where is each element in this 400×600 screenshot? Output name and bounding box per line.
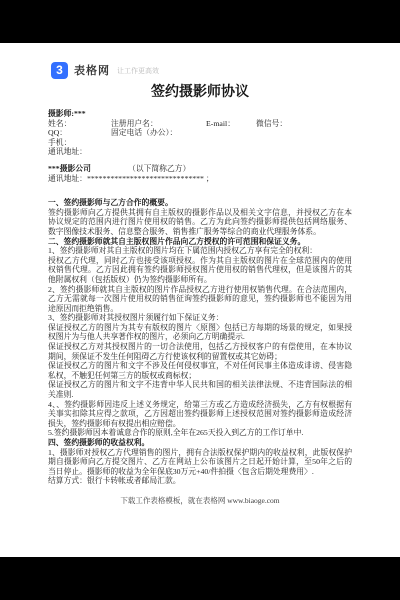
brand-tagline: 让工作更高效 xyxy=(117,66,159,76)
party-b-heading-row: ***摄影公司 （以下简称乙方） xyxy=(48,164,352,174)
section1-heading: 一、签约摄影师与乙方合作的概要。 xyxy=(48,198,352,208)
field-address: 通讯地址： xyxy=(48,147,352,157)
spacer xyxy=(48,157,352,164)
field-email: E-mail： xyxy=(206,119,256,129)
section2-p3: 2、签约摄影师就其自主版权的图片作品授权乙方进行使用权销售代理。在合法范围内，乙… xyxy=(48,285,352,314)
document-body: 摄影师:*** 姓名： 注册用户名： E-mail： 微信号： QQ： 固定电话… xyxy=(48,109,352,506)
section2-heading: 二、签约摄影师就其自主版权图片作品向乙方授权的许可范围和保证义务。 xyxy=(48,237,352,247)
section2-p8: 保证授权乙方的图片和文字不违背中华人民共和国的相关法律法规、不违背国际法的相关准… xyxy=(48,380,352,399)
field-mobile: 手机： xyxy=(48,138,352,148)
section4-p1: 1、摄影师对授权乙方代理销售的图片，拥有合法版权保护期内的收益权利，此版权保护期… xyxy=(48,448,352,477)
section1-body: 签约摄影师向乙方提供其拥有自主版权的摄影作品以及相关文字信息，并授权乙方在本协议… xyxy=(48,208,352,237)
section2-p7: 保证授权乙方的图片和文字不涉及任何侵权事宜，不对任何民事主体造成诽谤、侵害隐私权… xyxy=(48,361,352,380)
section2-p10: 5.签约摄影师因本着诚意合作的原则,全年在265天投入到乙方的工作订单中. xyxy=(48,428,352,438)
brand-name: 表格网 xyxy=(74,62,110,78)
party-b-name: ***摄影公司 xyxy=(48,164,128,174)
party-a-heading: 摄影师:*** xyxy=(48,109,352,119)
page-footer: 下载工作表格模板，就在表格网 www.biaoge.com xyxy=(48,496,352,506)
party-b-address: 通讯地址：****************************** ； xyxy=(48,174,352,184)
document-title: 签约摄影师协议 xyxy=(48,84,352,102)
field-office-phone: 固定电话（办公）： xyxy=(111,128,177,138)
field-wechat: 微信号： xyxy=(256,119,287,129)
section2-p9: 4、、签约摄影师因违反上述义务规定，给第三方或乙方造成经济损失，乙方有权根据有关… xyxy=(48,400,352,429)
section2-p4: 3、签约摄影师对其授权图片须履行如下保证义务： xyxy=(48,313,352,323)
section2-p5: 保证授权乙方的图片为其专有版权的图片〈原图〉包括已方每期的场景的规定，如果授权图… xyxy=(48,323,352,342)
screenshot-root: 3 表格网 让工作更高效 签约摄影师协议 摄影师:*** 姓名： 注册用户名： … xyxy=(0,0,400,600)
field-registered-user: 注册用户名： xyxy=(111,119,206,129)
section4-p2: 结算方式：银行卡转帐或者邮局汇款。 xyxy=(48,476,352,486)
party-a-row2: QQ： 固定电话（办公）： xyxy=(48,128,352,138)
field-name: 姓名： xyxy=(48,119,111,129)
party-b-alias: （以下简称乙方） xyxy=(128,164,190,174)
section4-heading: 四、签约摄影师的收益权利。 xyxy=(48,438,352,448)
letterbox-bottom xyxy=(0,557,400,600)
brand-header: 3 表格网 让工作更高效 xyxy=(51,61,352,79)
field-qq: QQ： xyxy=(48,128,111,138)
letterbox-top xyxy=(0,0,400,43)
section2-p6: 保证授权乙方对其授权图片的一切合法使用，包括乙方授权客户的有偿使用，在本协议期间… xyxy=(48,342,352,361)
party-a-row1: 姓名： 注册用户名： E-mail： 微信号： xyxy=(48,119,352,129)
section2-p2: 授权乙方代理，同时乙方也接受该项授权。作为其自主版权的图片在全球范围内的使用权销… xyxy=(48,256,352,285)
document-page: 3 表格网 让工作更高效 签约摄影师协议 摄影师:*** 姓名： 注册用户名： … xyxy=(0,43,400,557)
biaoge-logo-icon: 3 xyxy=(51,62,68,79)
section2-p1: 1、签约摄影师对其自主版权的图片均在下属范围内授权乙方享有完全的权利： xyxy=(48,246,352,256)
spacer xyxy=(48,183,352,198)
